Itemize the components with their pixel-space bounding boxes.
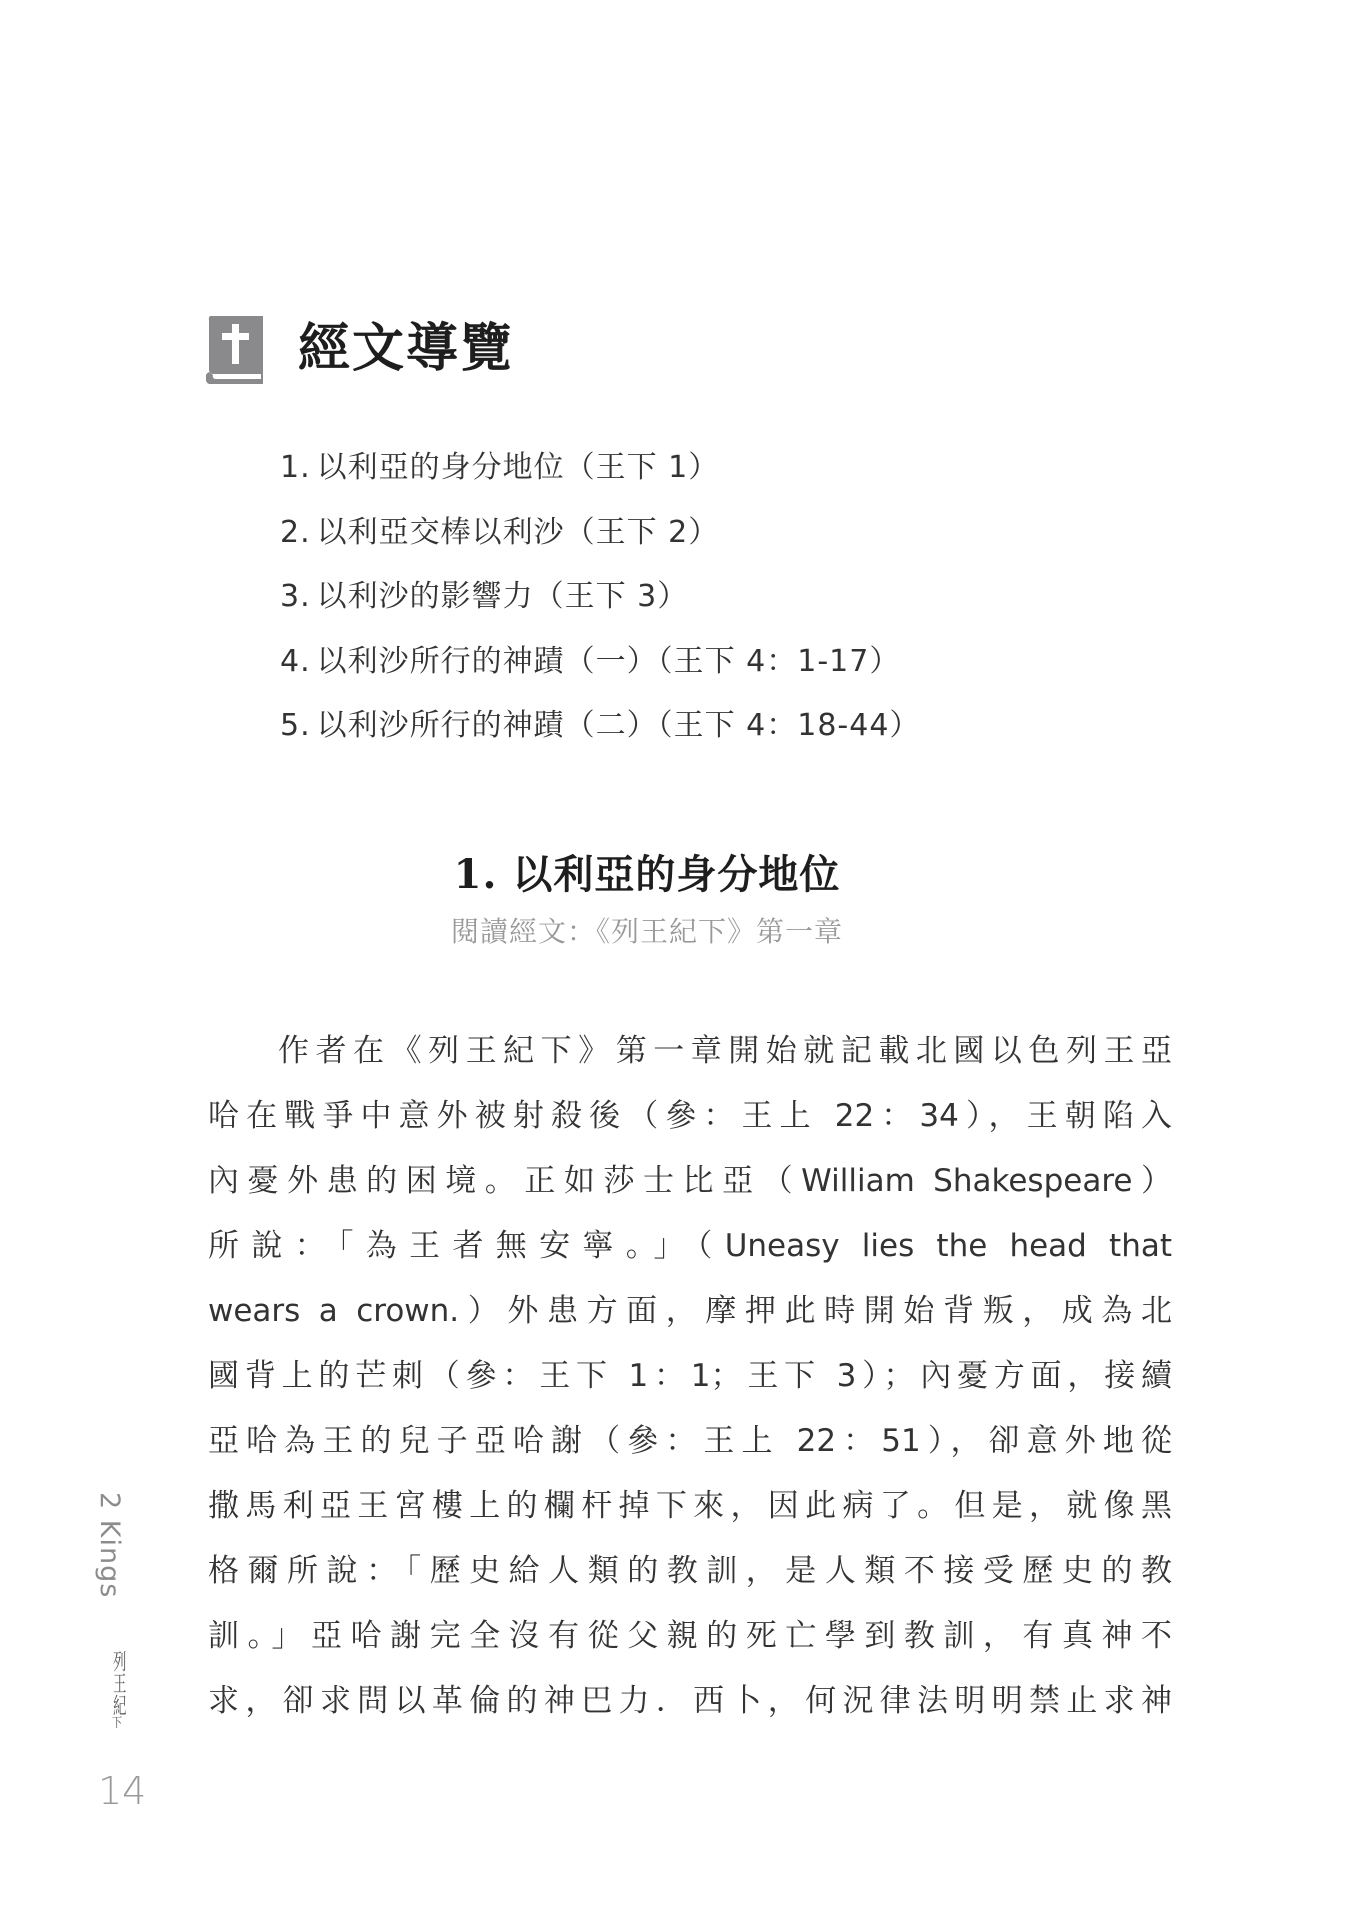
body-line: 格爾所說：「歷史給人類的教訓，是人類不接受歷史的教 <box>208 1548 1172 1613</box>
running-head-chinese: 列王紀 下 <box>104 1650 130 1731</box>
outline-item: 1.以利亞的身分地位（王下 1） <box>280 445 920 510</box>
outline-item-text: 以利亞交棒以利沙（王下 2） <box>317 515 720 550</box>
outline-item-text: 以利沙的影響力（王下 3） <box>317 579 689 614</box>
outline-item-number: 1. <box>280 450 311 485</box>
outline-item-text: 以利亞的身分地位（王下 1） <box>317 450 720 485</box>
outline-item-number: 3. <box>280 579 311 614</box>
running-head-chinese-sub: 下 <box>107 1716 128 1731</box>
outline-item: 4.以利沙所行的神蹟（一）（王下 4：1-17） <box>280 639 920 704</box>
body-paragraph: 作者在《列王紀下》第一章開始就記載北國以色列王亞 哈在戰爭中意外被射殺後（參：王… <box>208 1028 1172 1743</box>
body-line: 撒馬利亞王宮樓上的欄杆掉下來，因此病了。但是，就像黑 <box>208 1483 1172 1548</box>
outline-item-text: 以利沙所行的神蹟（二）（王下 4：18-44） <box>317 708 921 743</box>
body-line: wears a crown.）外患方面，摩押此時開始背叛，成為北 <box>208 1288 1172 1353</box>
bible-cross-icon <box>206 316 263 384</box>
body-line: 哈在戰爭中意外被射殺後（參：王上 22：34），王朝陷入 <box>208 1093 1172 1158</box>
outline-item: 2.以利亞交棒以利沙（王下 2） <box>280 510 920 575</box>
page-number: 14 <box>98 1770 146 1812</box>
outline-item-text: 以利沙所行的神蹟（一）（王下 4：1-17） <box>317 644 901 679</box>
body-line: 訓。」亞哈謝完全沒有從父親的死亡學到教訓，有真神不 <box>208 1613 1172 1678</box>
reading-passage-subtitle: 閱讀經文：《列王紀下》第一章 <box>0 912 1294 952</box>
scripture-outline-list: 1.以利亞的身分地位（王下 1） 2.以利亞交棒以利沙（王下 2） 3.以利沙的… <box>280 445 920 768</box>
outline-item-number: 2. <box>280 515 311 550</box>
outline-item: 3.以利沙的影響力（王下 3） <box>280 574 920 639</box>
section-title: 經文導覽 <box>298 318 514 380</box>
outline-item-number: 5. <box>280 708 311 743</box>
running-head-chinese-main: 列王紀 <box>110 1650 127 1716</box>
chapter-heading: 1. 以利亞的身分地位 <box>0 852 1294 898</box>
body-line: 求，卻求問以革倫的神巴力．西卜，何況律法明明禁止求神 <box>208 1678 1172 1743</box>
body-line: 作者在《列王紀下》第一章開始就記載北國以色列王亞 <box>208 1028 1172 1093</box>
body-line: 亞哈為王的兒子亞哈謝（參：王上 22：51），卻意外地從 <box>208 1418 1172 1483</box>
outline-item-number: 4. <box>280 644 311 679</box>
body-line: 內憂外患的困境。正如莎士比亞（William Shakespeare） <box>208 1158 1172 1223</box>
outline-item: 5.以利沙所行的神蹟（二）（王下 4：18-44） <box>280 703 920 768</box>
running-head-english-text: 2 Kings <box>94 1492 124 1598</box>
body-line: 國背上的芒刺（參：王下 1：1；王下 3）；內憂方面，接續 <box>208 1353 1172 1418</box>
body-line: 所說：「為王者無安寧。」（Uneasy lies the head that <box>208 1223 1172 1288</box>
running-head-english: 2 Kings <box>90 1492 130 1614</box>
